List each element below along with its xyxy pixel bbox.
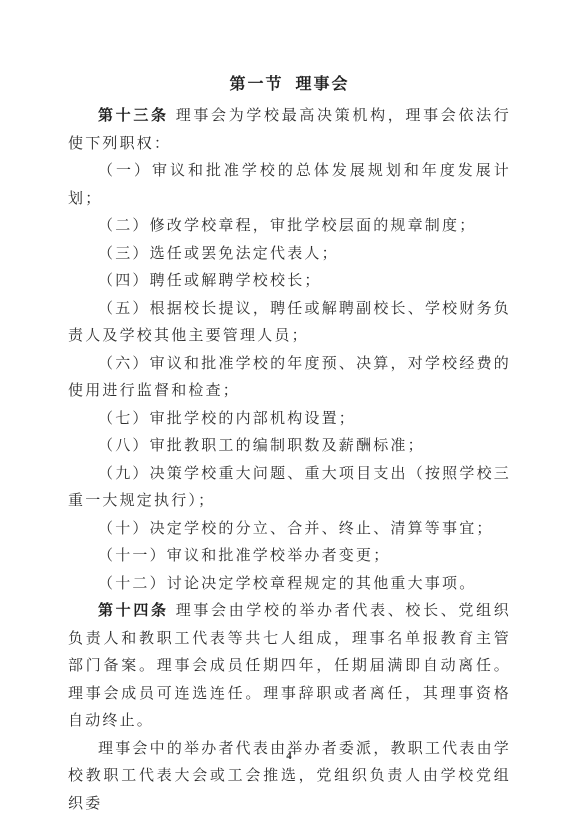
power-item-2: （二）修改学校章程，审批学校层面的规章制度； [68,213,511,241]
power-item-9: （九）决策学校重大问题、重大项目支出（按照学校三重一大规定执行）； [68,461,511,516]
article-14-body: 理事会由学校的举办者代表、校长、党组织负责人和教职工代表等共七人组成，理事名单报… [68,603,511,729]
document-content: 第一节 理事会 第十三条理事会为学校最高决策机构，理事会依法行使下列职权： （一… [0,0,578,818]
power-item-5: （五）根据校长提议，聘任或解聘副校长、学校财务负责人及学校其他主要管理人员； [68,296,511,351]
power-item-11: （十一）审议和批准学校举办者变更； [68,543,511,571]
article-14-paragraph: 第十四条理事会由学校的举办者代表、校长、党组织负责人和教职工代表等共七人组成，理… [68,598,511,736]
article-13-label: 第十三条 [98,108,169,124]
closing-paragraph: 理事会中的举办者代表由举办者委派，教职工代表由学校教职工代表大会或工会推选，党组… [68,736,511,819]
power-item-12: （十二）讨论决定学校章程规定的其他重大事项。 [68,571,511,599]
power-item-3: （三）选任或罢免法定代表人； [68,241,511,269]
power-item-6: （六）审议和批准学校的年度预、决算，对学校经费的使用进行监督和检查； [68,351,511,406]
power-item-8: （八）审批教职工的编制职数及薪酬标准； [68,433,511,461]
article-13-paragraph: 第十三条理事会为学校最高决策机构，理事会依法行使下列职权： [68,103,511,158]
power-item-10: （十）决定学校的分立、合并、终止、清算等事宜； [68,516,511,544]
power-item-4: （四）聘任或解聘学校校长； [68,268,511,296]
article-14-label: 第十四条 [98,603,169,619]
page-number: 4 [0,750,578,762]
power-item-1: （一）审议和批准学校的总体发展规划和年度发展计划； [68,158,511,213]
power-item-7: （七）审批学校的内部机构设置； [68,406,511,434]
section-title: 第一节 理事会 [68,70,511,100]
document-page: 第一节 理事会 第十三条理事会为学校最高决策机构，理事会依法行使下列职权： （一… [0,0,578,824]
